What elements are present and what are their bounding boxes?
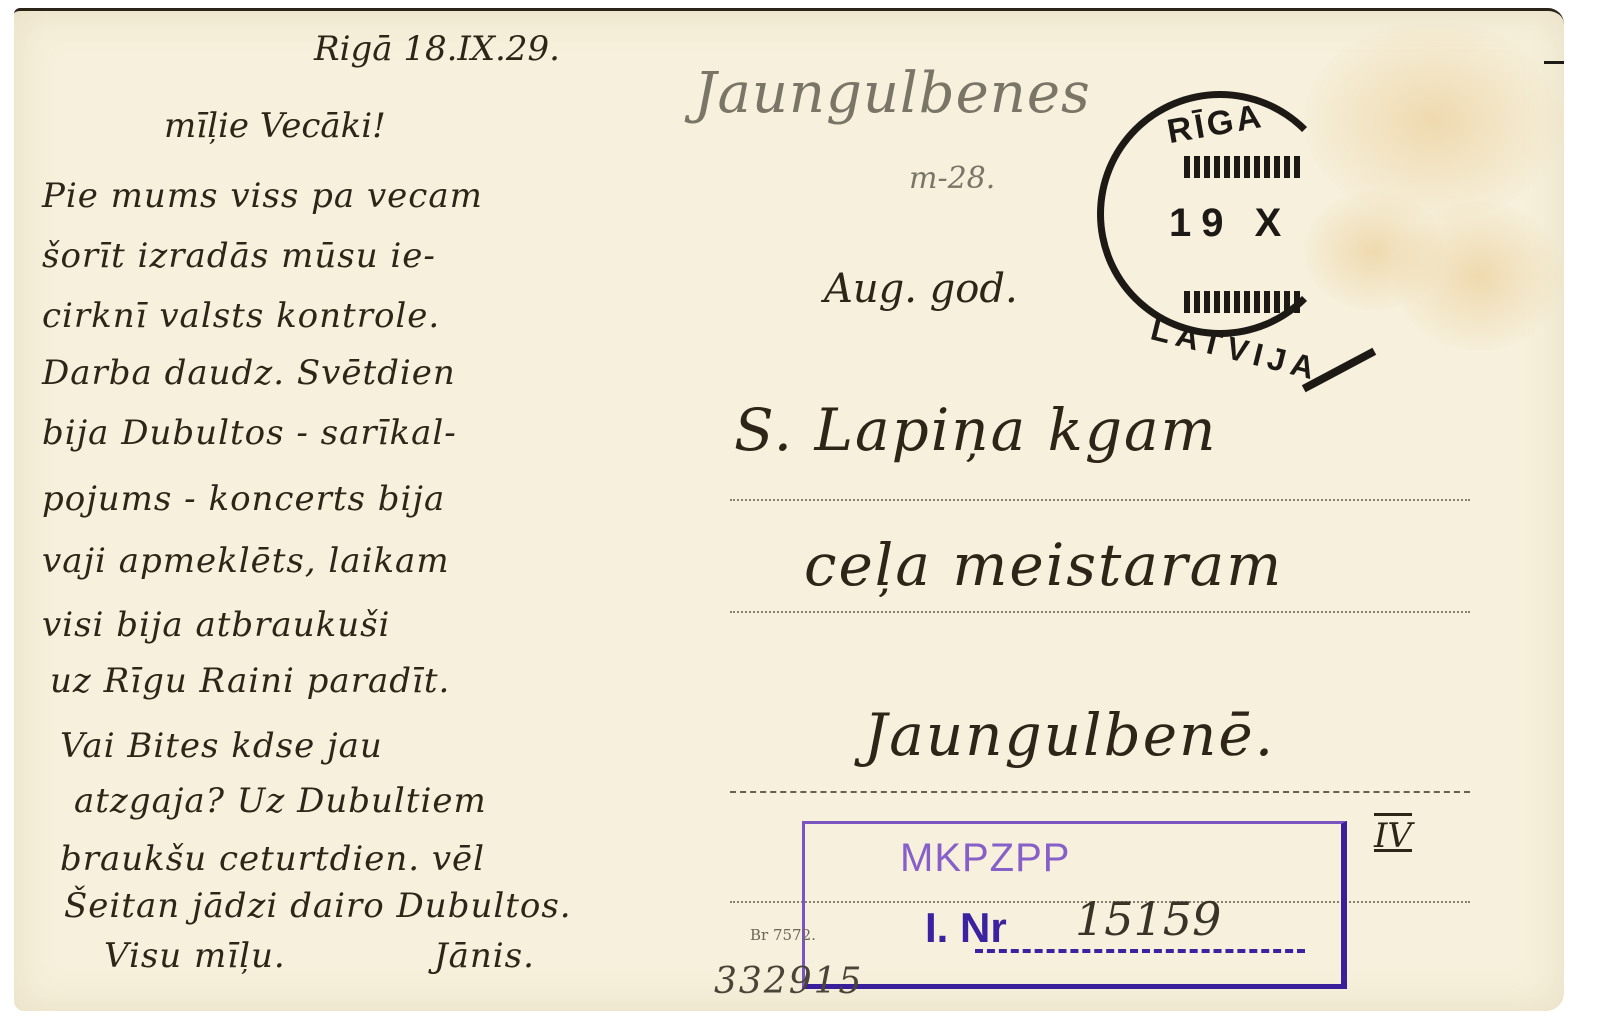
message-line: visi bija atbraukuši	[42, 605, 390, 645]
message-line: braukšu ceturtdien. vēl	[60, 839, 485, 879]
address-town: Jaungulbenē.	[864, 701, 1275, 769]
message-greeting: mīļie Vecāki!	[164, 106, 386, 146]
postcard: Rigā 18.IX.29. mīļie Vecāki! Pie mums vi…	[14, 8, 1564, 1011]
address-salutation: Aug. god.	[824, 266, 1018, 312]
stamp-number-line	[975, 949, 1305, 953]
address-recipient: S. Lapiņa kgam	[734, 396, 1218, 464]
postmark-bar	[1184, 156, 1304, 178]
pencil-code-annotation: m-28.	[909, 161, 995, 196]
message-line: bija Dubultos - sarīkal-	[42, 413, 457, 453]
postmark-date: 19 X	[1169, 201, 1291, 246]
message-line: Šeitan jādzi dairo Dubultos.	[64, 886, 572, 926]
stamp-number-prefix: I. Nr	[925, 904, 1007, 952]
message-line: pojums - koncerts bija	[42, 479, 445, 519]
message-line: Pie mums viss pa vecam	[42, 176, 483, 216]
message-signature: Jānis.	[434, 936, 535, 976]
message-line: atzgaja? Uz Dubultiem	[74, 781, 487, 821]
postmark-bar	[1184, 291, 1304, 313]
message-line: vaji apmeklēts, laikam	[42, 541, 450, 581]
message-date: Rigā 18.IX.29.	[314, 29, 560, 69]
registration-stamp: MKPZPP I. Nr 15159	[802, 821, 1347, 989]
pencil-town-annotation: Jaungulbenes	[694, 61, 1091, 126]
stamp-organization: MKPZPP	[900, 836, 1070, 881]
message-closing: Visu mīļu.	[104, 936, 286, 976]
address-title: ceļa meistaram	[804, 531, 1283, 599]
roman-numeral-annotation: IV	[1374, 816, 1412, 856]
message-line: uz Rīgu Raini paradīt.	[50, 661, 450, 701]
address-line	[730, 791, 1470, 793]
printer-mark: Br 7572.	[750, 926, 816, 944]
edge-mark	[1544, 61, 1564, 64]
postmark: RĪGA 19 X LATVIJA	[1089, 81, 1339, 401]
archive-number: 332915	[714, 961, 863, 1002]
age-stain	[1304, 21, 1564, 221]
message-line: Darba daudz. Svētdien	[42, 353, 456, 393]
message-line: Vai Bites kdse jau	[60, 726, 383, 766]
message-line: šorīt izradās mūsu ie-	[42, 236, 436, 276]
address-line	[730, 611, 1470, 613]
address-line	[730, 499, 1470, 501]
message-line: cirknī valsts kontrole.	[42, 296, 440, 336]
stamp-registration-number: 15159	[1075, 892, 1221, 946]
